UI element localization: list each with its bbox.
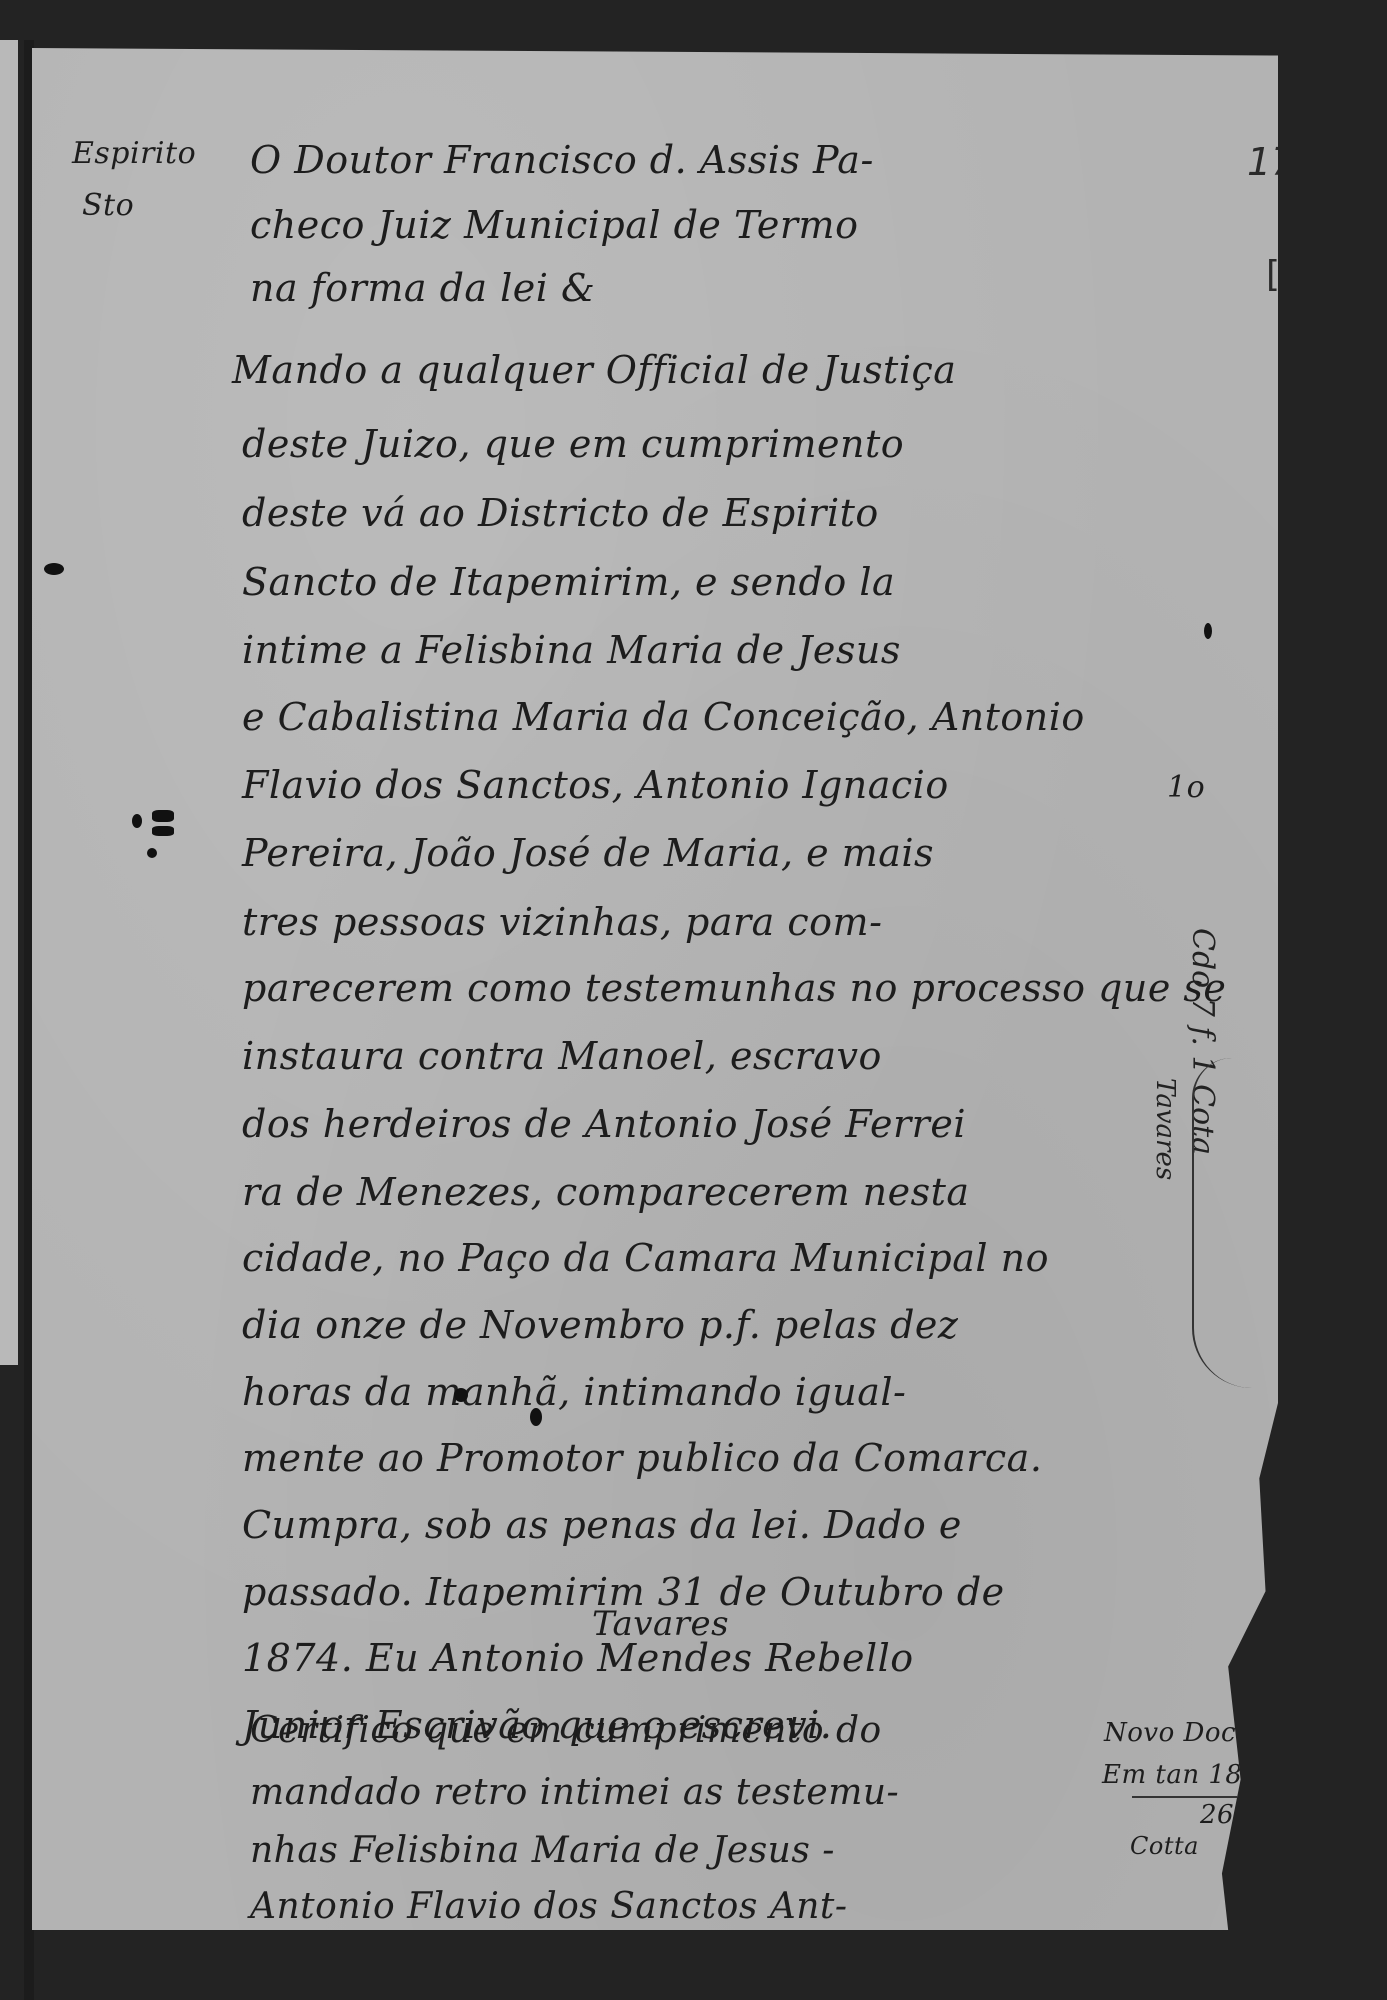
certificate-line-3: nhas Felisbina Maria de Jesus - <box>250 1830 835 1871</box>
body-line-10: parecerem como testemunhas no processo q… <box>242 966 1226 1010</box>
header-line-2: checo Juiz Municipal de Termo <box>250 203 858 247</box>
ink-blot <box>1204 623 1212 639</box>
header-line-3: na forma da lei & <box>250 266 595 310</box>
ink-blot <box>454 1388 468 1402</box>
certificate-line-2: mandado retro intimei as testemu- <box>250 1772 899 1813</box>
adjacent-page-edge <box>0 40 18 1365</box>
body-line-14: cidade, no Paço da Camara Municipal no <box>242 1236 1049 1280</box>
cost-note-line-2: Em tan 18ooo <box>1102 1760 1291 1790</box>
cost-note-line-1: Novo Doc <box>1104 1718 1236 1748</box>
body-line-4: Sancto de Itapemirim, e sendo la <box>242 560 895 604</box>
left-margin-note-line-2: Sto <box>82 188 134 223</box>
manuscript-page: 17 [14] Espirito Sto O Doutor Francisco … <box>32 48 1278 1930</box>
certificate-line-4: Antonio Flavio dos Sanctos Ant- <box>250 1886 848 1927</box>
left-margin-note-line-1: Espirito <box>72 136 196 171</box>
ink-blot <box>530 1408 542 1426</box>
body-line-9: tres pessoas vizinhas, para com- <box>242 900 882 944</box>
cost-note-line-3: Cotta <box>1130 1832 1199 1860</box>
body-line-1: Mando a qualquer Official de Justiça <box>232 348 956 392</box>
body-line-11: instaura contra Manoel, escravo <box>242 1034 882 1078</box>
header-line-1: O Doutor Francisco d. Assis Pa- <box>250 138 874 182</box>
body-line-3: deste vá ao Districto de Espirito <box>242 491 879 535</box>
body-line-12: dos herdeiros de Antonio José Ferrei <box>242 1102 966 1146</box>
body-line-6: e Cabalistina Maria da Conceição, Antoni… <box>242 695 1085 739</box>
body-line-2: deste Juizo, que em cumprimento <box>242 422 904 466</box>
ink-blot <box>152 810 174 822</box>
body-line-15: dia onze de Novembro p.f. pelas dez <box>242 1303 958 1347</box>
body-line-16: horas da manhã, intimando igual- <box>242 1370 906 1414</box>
certificate-line-1: Certifico que em cumprimento do <box>250 1710 882 1751</box>
right-margin-vertical-signature: Tavares <box>1150 1078 1180 1180</box>
body-line-7: Flavio dos Sanctos, Antonio Ignacio <box>242 763 949 807</box>
archive-stamp: [14] <box>1266 254 1340 295</box>
ink-blot <box>152 826 174 836</box>
ink-blot <box>147 848 157 858</box>
ink-blot <box>44 563 64 575</box>
body-line-13: ra de Menezes, comparecerem nesta <box>242 1170 970 1214</box>
cost-sum-rule <box>1132 1796 1317 1798</box>
right-margin-line-marker: 1o <box>1167 770 1205 805</box>
folio-number: 17 <box>1247 140 1295 184</box>
body-line-5: intime a Felisbina Maria de Jesus <box>242 628 901 672</box>
body-line-17: mente ao Promotor publico da Comarca. <box>242 1436 1042 1480</box>
ink-blot <box>132 814 142 828</box>
body-line-8: Pereira, João José de Maria, e mais <box>242 831 934 875</box>
body-line-20: 1874. Eu Antonio Mendes Rebello <box>242 1636 914 1680</box>
body-line-18: Cumpra, sob as penas da lei. Dado e <box>242 1503 962 1547</box>
scribe-signature: Tavares <box>592 1604 729 1644</box>
signature-flourish <box>1192 1058 1274 1388</box>
cost-note-total: 26.ooo <box>1200 1800 1291 1830</box>
